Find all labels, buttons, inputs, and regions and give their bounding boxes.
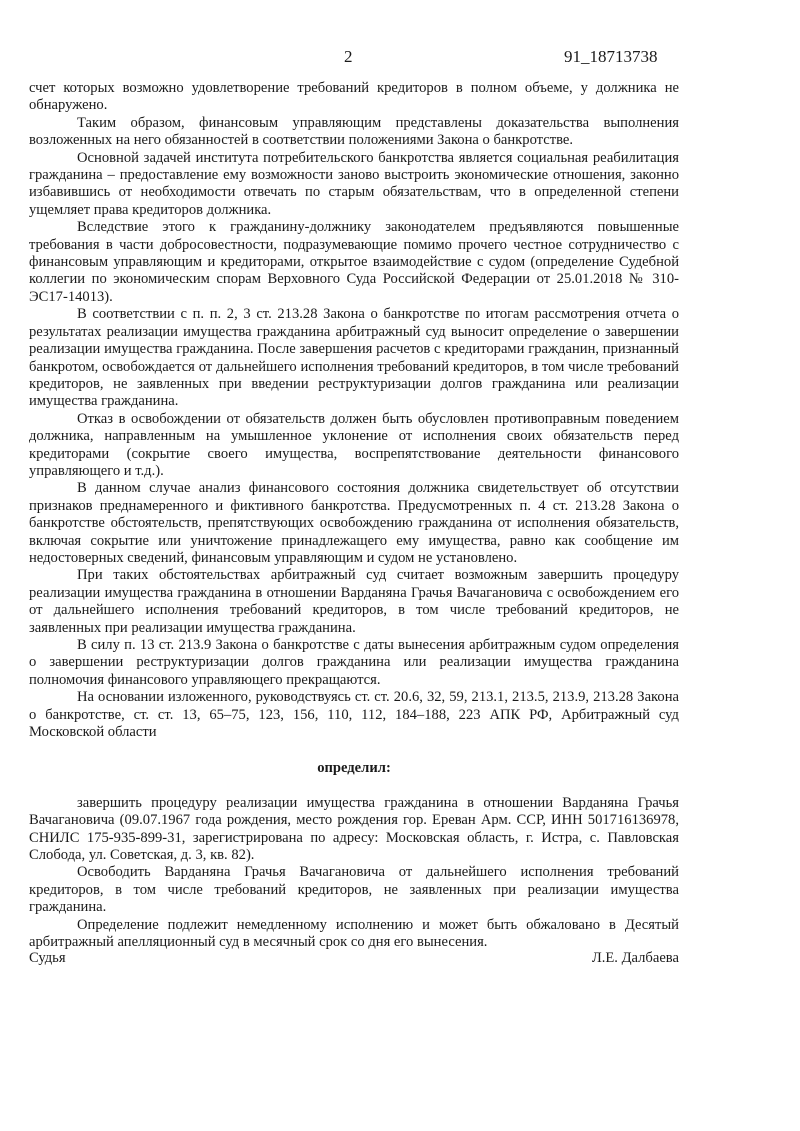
paragraph: Вследствие этого к гражданину-должнику з… <box>29 219 679 306</box>
resolution-paragraph: Определение подлежит немедленному исполн… <box>29 917 679 952</box>
resolution-paragraph: завершить процедуру реализации имущества… <box>29 795 679 865</box>
resolution-heading: определил: <box>29 760 679 777</box>
paragraph: На основании изложенного, руководствуясь… <box>29 689 679 741</box>
paragraph: Таким образом, финансовым управляющим пр… <box>29 115 679 150</box>
paragraph: В силу п. 13 ст. 213.9 Закона о банкротс… <box>29 637 679 689</box>
paragraph: счет которых возможно удовлетворение тре… <box>29 80 679 115</box>
page-number: 2 <box>344 47 353 67</box>
paragraph: В данном случае анализ финансового состо… <box>29 480 679 567</box>
paragraph: При таких обстоятельствах арбитражный су… <box>29 567 679 637</box>
paragraph: В соответствии с п. п. 2, 3 ст. 213.28 З… <box>29 306 679 410</box>
paragraph: Отказ в освобождении от обязательств дол… <box>29 411 679 481</box>
signature-name: Л.Е. Далбаева <box>592 950 679 967</box>
document-id: 91_18713738 <box>564 47 658 67</box>
paragraph: Основной задачей института потребительск… <box>29 150 679 220</box>
document-page: 2 91_18713738 счет которых возможно удов… <box>0 0 800 1131</box>
resolution-paragraph: Освободить Варданяна Грачья Вачагановича… <box>29 864 679 916</box>
signature-title: Судья <box>29 950 66 967</box>
document-body: счет которых возможно удовлетворение тре… <box>29 80 679 952</box>
